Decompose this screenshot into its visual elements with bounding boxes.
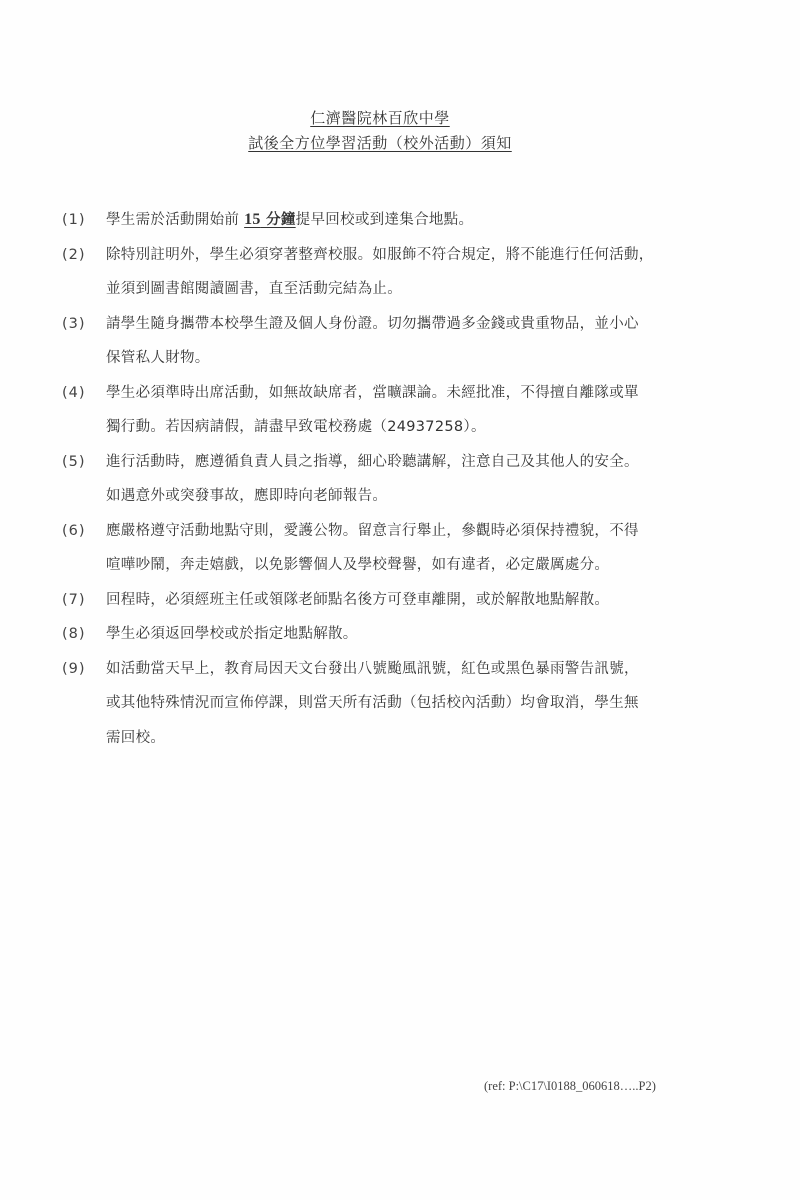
rule-line: 或其他特殊情況而宣佈停課，則當天所有活動（包括校內活動）均會取消，學生無	[106, 686, 652, 721]
rule-text: 除特別註明外，學生必須穿著整齊校服。如服飾不符合規定，將不能進行任何活動， 並須…	[106, 238, 654, 307]
rule-line: 喧嘩吵鬧，奔走嬉戲，以免影響個人及學校聲譽，如有違者，必定嚴厲處分。	[106, 548, 652, 583]
notice-title-heading: 試後全方位學習活動（校外活動）須知	[248, 131, 512, 155]
rule-item: (4) 學生必須準時出席活動，如無故缺席者，當曠課論。未經批准，不得擅自離隊或單…	[62, 376, 652, 445]
reference-code: (ref: P:\C17\I0188_060618…..P2)	[484, 1079, 656, 1094]
rule-line: 如遇意外或突發事故，應即時向老師報告。	[106, 479, 652, 514]
rule-item: (5) 進行活動時，應遵循負責人員之指導，細心聆聽講解，注意自己及其他人的安全。…	[62, 445, 652, 514]
rule-line: 獨行動。若因病請假，請盡早致電校務處（24937258）。	[106, 410, 652, 445]
rule-text: 如活動當天早上，教育局因天文台發出八號颱風訊號，紅色或黑色暴雨警告訊號， 或其他…	[106, 652, 652, 756]
rule-number: (5)	[62, 445, 106, 480]
duration-unit: 分鐘	[261, 212, 296, 228]
rule-line: 需回校。	[106, 721, 652, 756]
rule-line: 回程時，必須經班主任或領隊老師點名後方可登車離開，或於解散地點解散。	[106, 583, 652, 618]
rule-number: (3)	[62, 307, 106, 342]
rule-line: 保管私人財物。	[106, 341, 652, 376]
rule-item: (9) 如活動當天早上，教育局因天文台發出八號颱風訊號，紅色或黑色暴雨警告訊號，…	[62, 652, 652, 756]
rule-line: 進行活動時，應遵循負責人員之指導，細心聆聽講解，注意自己及其他人的安全。	[106, 445, 652, 480]
rule-item: (3) 請學生隨身攜帶本校學生證及個人身份證。切勿攜帶過多金錢或貴重物品，並小心…	[62, 307, 652, 376]
rule-item: (2) 除特別註明外，學生必須穿著整齊校服。如服飾不符合規定，將不能進行任何活動…	[62, 238, 652, 307]
rule-text: 進行活動時，應遵循負責人員之指導，細心聆聽講解，注意自己及其他人的安全。 如遇意…	[106, 445, 652, 514]
rule-number: (7)	[62, 583, 106, 618]
rule-item: (6) 應嚴格遵守活動地點守則，愛護公物。留意言行舉止，參觀時必須保持禮貌，不得…	[62, 514, 652, 583]
emphasized-duration: 15 分鐘	[244, 212, 296, 228]
rule-item: (1) 學生需於活動開始前 15 分鐘提早回校或到達集合地點。	[62, 203, 652, 238]
rule-text-pre: 學生需於活動開始前	[106, 212, 244, 228]
rules-list: (1) 學生需於活動開始前 15 分鐘提早回校或到達集合地點。 (2) 除特別註…	[62, 203, 652, 755]
rule-number: (9)	[62, 652, 106, 687]
rule-text: 請學生隨身攜帶本校學生證及個人身份證。切勿攜帶過多金錢或貴重物品，並小心 保管私…	[106, 307, 652, 376]
rule-number: (6)	[62, 514, 106, 549]
document-page: 仁濟醫院林百欣中學 試後全方位學習活動（校外活動）須知 (1) 學生需於活動開始…	[0, 0, 800, 1200]
rule-number: (2)	[62, 238, 106, 273]
duration-number: 15	[244, 211, 261, 228]
school-name-heading: 仁濟醫院林百欣中學	[310, 106, 450, 130]
rule-line: 除特別註明外，學生必須穿著整齊校服。如服飾不符合規定，將不能進行任何活動，	[106, 238, 654, 273]
rule-text: 應嚴格遵守活動地點守則，愛護公物。留意言行舉止，參觀時必須保持禮貌，不得 喧嘩吵…	[106, 514, 652, 583]
title-block: 仁濟醫院林百欣中學 試後全方位學習活動（校外活動）須知	[0, 106, 760, 156]
rule-number: (4)	[62, 376, 106, 411]
rule-line: 並須到圖書館閱讀圖書，直至活動完結為止。	[106, 272, 654, 307]
rule-text: 學生必須準時出席活動，如無故缺席者，當曠課論。未經批准，不得擅自離隊或單 獨行動…	[106, 376, 652, 445]
rule-text: 回程時，必須經班主任或領隊老師點名後方可登車離開，或於解散地點解散。	[106, 583, 652, 618]
rule-number: (8)	[62, 617, 106, 652]
rule-item: (7) 回程時，必須經班主任或領隊老師點名後方可登車離開，或於解散地點解散。	[62, 583, 652, 618]
rule-line: 請學生隨身攜帶本校學生證及個人身份證。切勿攜帶過多金錢或貴重物品，並小心	[106, 307, 652, 342]
rule-line: 應嚴格遵守活動地點守則，愛護公物。留意言行舉止，參觀時必須保持禮貌，不得	[106, 514, 652, 549]
rule-line: 學生需於活動開始前 15 分鐘提早回校或到達集合地點。	[106, 203, 652, 238]
rule-number: (1)	[62, 203, 106, 238]
rule-text-post: 提早回校或到達集合地點。	[296, 212, 474, 228]
rule-line: 學生必須返回學校或於指定地點解散。	[106, 617, 652, 652]
rule-item: (8) 學生必須返回學校或於指定地點解散。	[62, 617, 652, 652]
rule-text: 學生需於活動開始前 15 分鐘提早回校或到達集合地點。	[106, 203, 652, 238]
rule-line: 如活動當天早上，教育局因天文台發出八號颱風訊號，紅色或黑色暴雨警告訊號，	[106, 652, 652, 687]
rule-line: 學生必須準時出席活動，如無故缺席者，當曠課論。未經批准，不得擅自離隊或單	[106, 376, 652, 411]
rule-text: 學生必須返回學校或於指定地點解散。	[106, 617, 652, 652]
